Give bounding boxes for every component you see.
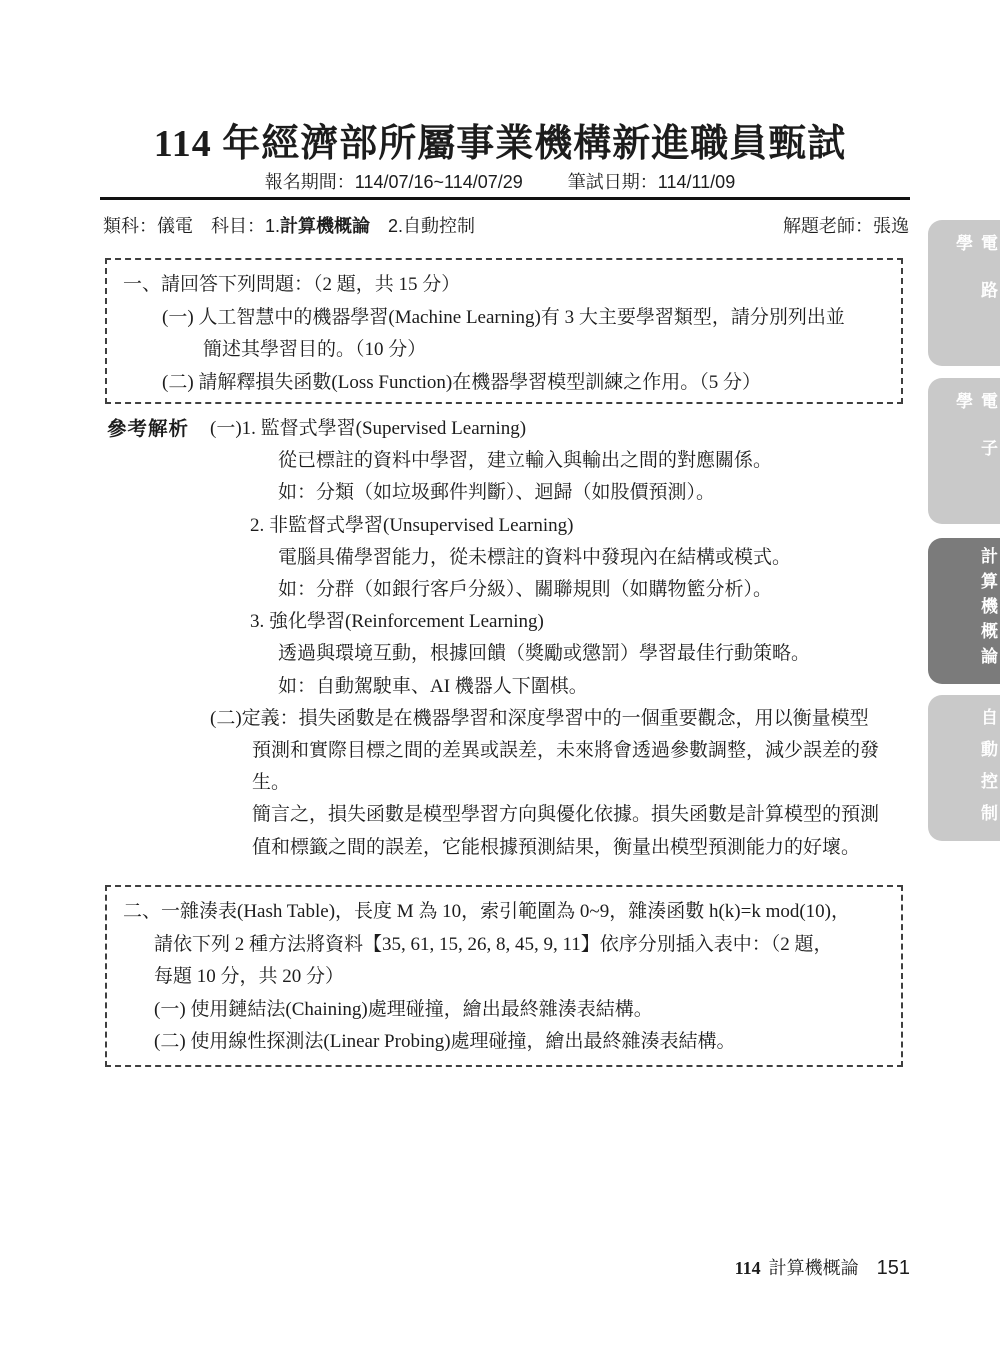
index-tab-electronics: 電子學 — [928, 378, 1000, 524]
analysis-line: 如：分類（如垃圾郵件判斷）、迴歸（如股價預測）。 — [100, 477, 912, 509]
index-tab-automatic-control: 自動控制 — [928, 695, 1000, 841]
analysis-line: (二)定義：損失函數是在機器學習和深度學習中的一個重要觀念，用以衡量模型 — [100, 703, 912, 735]
index-tab-circuit-theory: 電路學 — [928, 220, 1000, 366]
question2-line: (一) 使用鏈結法(Chaining)處理碰撞，繪出最終雜湊表結構。 — [123, 994, 885, 1027]
analysis-line: 如：自動駕駛車、AI 機器人下圍棋。 — [100, 671, 912, 703]
question1-line: 簡述其學習目的。（10 分） — [123, 334, 885, 367]
subject2-name: 自動控制 — [403, 216, 475, 236]
header-divider — [100, 197, 910, 200]
analysis-line: 值和標籤之間的誤差，它能根據預測結果，衡量出模型預測能力的好壞。 — [100, 832, 912, 864]
question2-line: 二、一雜湊表(Hash Table)，長度 M 為 10，索引範圍為 0~9，雜… — [123, 896, 885, 929]
meta-row: 類科：儀電科目：1.計算機概論2.自動控制 解題老師：張逸 — [103, 212, 909, 238]
footer-subject: 計算機概論 — [769, 1258, 859, 1278]
page-title: 114 年經濟部所屬事業機構新進職員甄試 — [95, 112, 905, 167]
question1-line: (二) 請解釋損失函數(Loss Function)在機器學習模型訓練之作用。（… — [123, 367, 885, 400]
exam-dates: 報名期間：114/07/16~114/07/29 筆試日期：114/11/09 — [95, 168, 905, 194]
analysis-line: 如：分群（如銀行客戶分級）、關聯規則（如購物籃分析）。 — [100, 574, 912, 606]
analysis-line: 2. 非監督式學習(Unsupervised Learning) — [100, 510, 912, 542]
subject1-name: 計算機概論 — [280, 216, 370, 236]
question2-line: (二) 使用線性探測法(Linear Probing)處理碰撞，繪出最終雜湊表結… — [123, 1026, 885, 1059]
question2-line: 每題 10 分，共 20 分） — [123, 961, 885, 994]
question1-line: 一、請回答下列問題：（2 題，共 15 分） — [123, 269, 885, 302]
subject2-prefix: 2. — [388, 216, 403, 236]
page-footer: 114計算機概論151 — [100, 1254, 910, 1280]
question1-box: 一、請回答下列問題：（2 題，共 15 分） (一) 人工智慧中的機器學習(Ma… — [105, 258, 903, 404]
meta-left: 類科：儀電科目：1.計算機概論2.自動控制 — [103, 212, 475, 238]
category-label: 類科：儀電 — [103, 216, 193, 236]
footer-year: 114 — [735, 1258, 761, 1278]
analysis-line: 預測和實際目標之間的差異或誤差，未來將會透過參數調整，減少誤差的發 — [100, 735, 912, 767]
index-tab-computer-science-active: 計算機概論 — [928, 538, 1000, 684]
footer-page-number: 151 — [877, 1257, 910, 1279]
subject1-prefix: 1. — [265, 216, 280, 236]
teacher-label: 解題老師：張逸 — [783, 212, 909, 238]
question1-line: (一) 人工智慧中的機器學習(Machine Learning)有 3 大主要學… — [123, 302, 885, 335]
analysis-line: (一)1. 監督式學習(Supervised Learning) — [100, 413, 912, 445]
analysis-line: 簡言之，損失函數是模型學習方向與優化依據。損失函數是計算模型的預測 — [100, 799, 912, 831]
analysis-section: 參考解析 (一)1. 監督式學習(Supervised Learning) 從已… — [100, 413, 912, 864]
registration-period: 報名期間：114/07/16~114/07/29 — [265, 172, 523, 192]
analysis-line: 3. 強化學習(Reinforcement Learning) — [100, 606, 912, 638]
document-page: 114 年經濟部所屬事業機構新進職員甄試 報名期間：114/07/16~114/… — [0, 0, 1000, 1353]
analysis-line: 電腦具備學習能力，從未標註的資料中發現內在結構或模式。 — [100, 542, 912, 574]
analysis-line: 從已標註的資料中學習，建立輸入與輸出之間的對應關係。 — [100, 445, 912, 477]
analysis-line: 生。 — [100, 767, 912, 799]
question2-line: 請依下列 2 種方法將資料【35, 61, 15, 26, 8, 45, 9, … — [123, 929, 885, 962]
analysis-line: 透過與環境互動，根據回饋（獎勵或懲罰）學習最佳行動策略。 — [100, 638, 912, 670]
written-exam-date: 筆試日期：114/11/09 — [568, 172, 735, 192]
analysis-label: 參考解析 — [107, 413, 189, 445]
subject-label: 科目： — [211, 216, 265, 236]
question2-box: 二、一雜湊表(Hash Table)，長度 M 為 10，索引範圍為 0~9，雜… — [105, 885, 903, 1067]
